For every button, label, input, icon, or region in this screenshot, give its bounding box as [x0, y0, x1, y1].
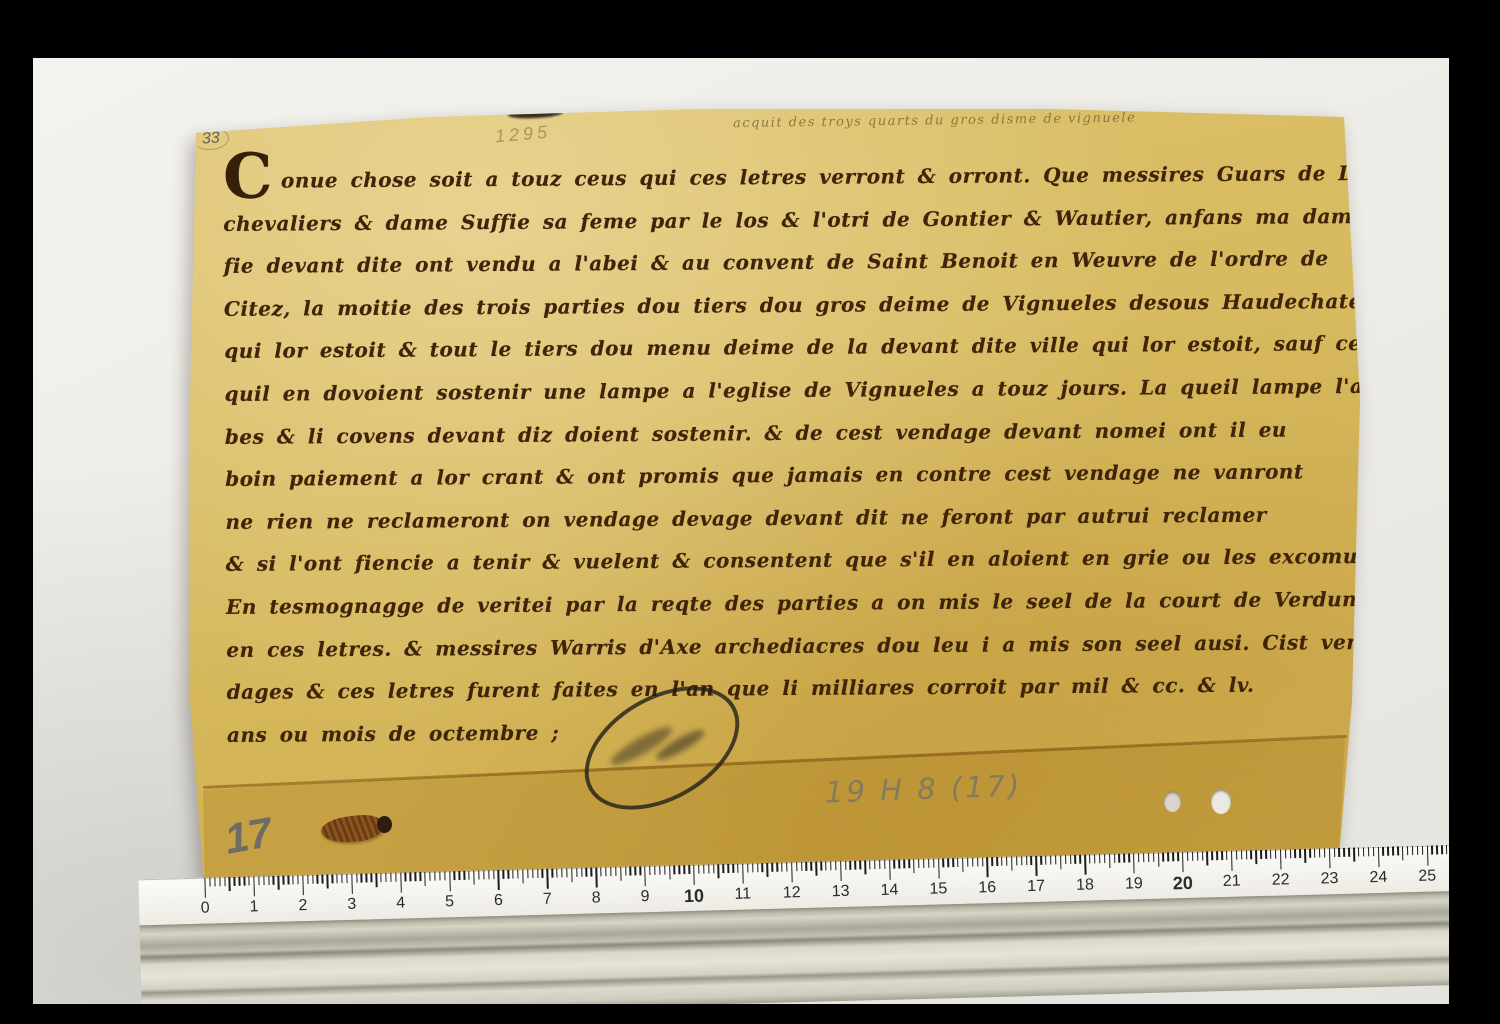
ruler-tick [1065, 855, 1067, 864]
ruler-tick [1363, 847, 1365, 856]
ruler-tick [850, 861, 852, 870]
ruler-tick [801, 862, 803, 871]
ruler-tick [439, 872, 441, 881]
ruler-tick [991, 857, 993, 866]
ruler-tick [952, 858, 954, 867]
ruler-tick [468, 871, 470, 880]
frame-left [0, 0, 33, 1024]
ruler-tick [942, 858, 944, 867]
ruler-tick [820, 862, 822, 871]
ruler-tick [478, 870, 480, 879]
ruler-tick [312, 875, 314, 884]
ruler-tick [688, 865, 690, 874]
ruler-tick [742, 864, 744, 884]
ruler-tick [1006, 857, 1008, 866]
ruler-tick [371, 873, 373, 882]
ruler-tick [1290, 849, 1292, 858]
ruler-number: 3 [335, 895, 369, 914]
ruler-tick [962, 858, 964, 872]
ruler-number: 5 [432, 893, 466, 912]
manuscript-line: quil en dovoient sostenir une lampe a l'… [224, 365, 1346, 415]
ruler-tick [1074, 855, 1076, 864]
frame-right [1449, 0, 1500, 1024]
ruler-tick [1118, 854, 1120, 863]
ruler-tick [1441, 845, 1443, 854]
ruler-tick [1407, 846, 1409, 855]
ruler-tick [1138, 853, 1140, 862]
ruler-tick [317, 875, 319, 884]
ruler-tick [556, 868, 558, 877]
ruler-tick [639, 866, 641, 875]
ruler-tick [561, 868, 563, 877]
ruler-tick [551, 869, 553, 878]
frame-top [0, 0, 1500, 58]
ruler-tick [341, 874, 343, 883]
ruler-tick [762, 863, 764, 872]
ruler-tick [1319, 848, 1321, 857]
manuscript-text-block: Conue chose soit a touz ceus qui ces let… [223, 152, 1349, 756]
ruler-tick [1285, 849, 1287, 858]
ruler-number: 25 [1410, 867, 1444, 886]
ruler-tick [1040, 856, 1042, 865]
ruler-tick [884, 860, 886, 869]
ruler-tick [1275, 850, 1277, 859]
ruler-tick [908, 859, 910, 868]
ruler-tick [424, 872, 426, 886]
ruler-tick [1143, 853, 1145, 862]
ruler-tick [1202, 852, 1204, 861]
ruler-tick [243, 877, 245, 886]
ruler-tick [542, 869, 544, 878]
ruler-tick [630, 867, 632, 876]
ruler-tick [512, 870, 514, 879]
ruler-tick [1211, 851, 1213, 860]
ruler-tick [224, 877, 226, 886]
frame-bottom [0, 1004, 1500, 1024]
ruler-tick [449, 871, 451, 891]
ruler-tick [1343, 848, 1345, 857]
ruler-tick [1109, 854, 1111, 868]
ruler-tick [605, 867, 607, 876]
ruler-tick [287, 875, 289, 884]
ruler-tick [957, 858, 959, 867]
ruler-tick [1255, 850, 1257, 864]
ruler-tick [610, 867, 612, 876]
ruler-tick [1299, 849, 1301, 858]
ruler-tick [1011, 857, 1013, 871]
ruler-tick [1334, 848, 1336, 857]
ruler-tick [1192, 852, 1194, 861]
ruler-tick [1162, 853, 1164, 862]
ruler-number: 14 [872, 881, 906, 900]
ruler-tick [1055, 855, 1057, 864]
ruler-tick [791, 862, 793, 882]
ruler-tick [732, 864, 734, 873]
ruler-tick [503, 870, 505, 879]
ruler-tick [454, 871, 456, 880]
ruler-tick [209, 878, 211, 887]
ruler-tick [488, 870, 490, 879]
ruler-tick [703, 865, 705, 874]
ruler-tick [928, 859, 930, 868]
ruler-tick [434, 872, 436, 881]
ruler-tick [268, 876, 270, 885]
ruler-tick [547, 869, 549, 889]
ruler-tick [859, 861, 861, 870]
ruler-tick [1246, 850, 1248, 859]
ruler-tick [1280, 850, 1282, 870]
ruler-number: 12 [775, 884, 809, 903]
ruler-tick [869, 860, 871, 869]
ruler-tick [1368, 847, 1370, 856]
ruler-tick [239, 877, 241, 886]
ruler-tick [1084, 855, 1086, 875]
ruler-tick [1304, 849, 1306, 863]
ruler-tick [346, 874, 348, 883]
ruler-tick [1206, 851, 1208, 865]
ruler-tick [1114, 854, 1116, 863]
ruler-tick [1104, 854, 1106, 863]
ruler-number: 2 [286, 897, 320, 916]
ruler-tick [679, 865, 681, 874]
ruler-number: 16 [970, 879, 1004, 898]
ruler-tick [933, 859, 935, 868]
ruler-tick [996, 857, 998, 866]
ruler-tick [1016, 856, 1018, 865]
ruler-tick [204, 878, 206, 898]
ruler-tick [591, 868, 593, 877]
ruler-tick [1329, 848, 1331, 868]
ruler-tick [864, 860, 866, 874]
ruler-tick [723, 864, 725, 873]
ruler-number: 15 [921, 880, 955, 899]
ruler-tick [390, 873, 392, 882]
ruler-number: 0 [188, 899, 222, 918]
ruler-number: 11 [726, 885, 760, 904]
ruler-tick [1133, 853, 1135, 873]
ruler-tick [1216, 851, 1218, 860]
ruler-tick [459, 871, 461, 880]
ruler-tick [938, 858, 940, 878]
ruler-tick [385, 873, 387, 882]
ruler-tick [586, 868, 588, 877]
ruler-tick [982, 857, 984, 866]
ruler-tick [463, 871, 465, 880]
ruler-tick [1270, 850, 1272, 859]
ruler-tick [571, 868, 573, 882]
ruler-tick [1148, 853, 1150, 862]
ruler-tick [576, 868, 578, 877]
ruler-tick [659, 866, 661, 875]
ruler-tick [903, 859, 905, 868]
ruler-tick [248, 877, 250, 886]
ruler-tick [776, 863, 778, 872]
ruler-tick [879, 860, 881, 869]
ruler-tick [1128, 853, 1130, 862]
ruler-tick [1358, 847, 1360, 856]
ruler-tick [1001, 857, 1003, 866]
ruler-tick [1123, 854, 1125, 863]
ruler-tick [1348, 848, 1350, 857]
ruler-tick [967, 858, 969, 867]
ruler-tick [1153, 853, 1155, 862]
ruler-tick [1373, 847, 1375, 856]
ruler-tick [566, 868, 568, 877]
ruler-tick [620, 867, 622, 881]
ruler-tick [913, 859, 915, 873]
ruler-number: 8 [579, 889, 613, 908]
ruler-tick [1094, 854, 1096, 863]
ruler-tick [1167, 852, 1169, 861]
ruler-tick [1187, 852, 1189, 861]
ruler-tick [840, 861, 842, 881]
ruler-tick [327, 874, 329, 888]
manuscript-line: Conue chose soit a touz ceus qui ces let… [223, 152, 1345, 202]
ruler-tick [273, 876, 275, 885]
ruler-tick [727, 864, 729, 873]
ruler-number: 9 [628, 888, 662, 907]
ruler-tick [498, 870, 500, 890]
ruler-tick [292, 875, 294, 884]
ruler-tick [322, 875, 324, 884]
ruler-number: 10 [677, 885, 712, 907]
manuscript-line: ans ou mois de octembre ; [227, 706, 1349, 756]
seal-hole [1211, 789, 1231, 814]
ruler-tick [1172, 852, 1174, 861]
ruler-tick [297, 875, 299, 884]
ruler-tick [1422, 846, 1424, 855]
parchment-wrap: 33 1295 acquit des troys quarts du gros … [185, 100, 1370, 900]
ruler-tick [1158, 853, 1160, 867]
ruler-tick [654, 866, 656, 875]
ruler-tick [258, 876, 260, 885]
ruler-tick [1035, 856, 1037, 876]
ruler-tick [825, 861, 827, 870]
ruler-tick [527, 869, 529, 878]
ruler-tick [1045, 856, 1047, 865]
ruler-tick [1260, 850, 1262, 859]
ruler-tick [1402, 846, 1404, 860]
ruler-tick [214, 877, 216, 886]
ruler-tick [493, 870, 495, 879]
ruler-tick [1079, 855, 1081, 864]
ruler-number: 4 [383, 894, 417, 913]
ruler-tick [395, 873, 397, 882]
ruler-tick [767, 863, 769, 877]
ruler-tick [1021, 856, 1023, 865]
ruler-tick [1030, 856, 1032, 865]
ruler-tick [1250, 850, 1252, 859]
photograph-of-charter: 33 1295 acquit des troys quarts du gros … [0, 0, 1500, 1024]
ruler-tick [1026, 856, 1028, 865]
ruler-tick [625, 867, 627, 876]
ruler-tick [1382, 847, 1384, 856]
ruler-number: 19 [1117, 875, 1151, 894]
ruler-tick [1241, 851, 1243, 860]
ruler-tick [1231, 851, 1233, 871]
ruler-tick [664, 866, 666, 875]
ruler-tick [972, 858, 974, 867]
seal-hole [1164, 791, 1181, 812]
ruler-number: 21 [1214, 872, 1248, 891]
ruler-tick [522, 869, 524, 883]
ruler-tick [713, 864, 715, 873]
ruler-tick [415, 872, 417, 881]
ruler-number: 20 [1166, 873, 1201, 895]
ruler-tick [278, 876, 280, 890]
ruler-number: 7 [530, 890, 564, 909]
ruler-tick [1353, 848, 1355, 862]
ruler-tick [253, 876, 255, 896]
ruler-tick [429, 872, 431, 881]
ruler-tick [786, 862, 788, 871]
ruler-tick [532, 869, 534, 878]
ruler-tick [581, 868, 583, 877]
ruler-tick [830, 861, 832, 870]
ruler-tick [1387, 847, 1389, 856]
ruler-tick [380, 873, 382, 882]
shelfmark-pencil: 19 H 8 (17) [824, 769, 1022, 810]
ruler-tick [977, 857, 979, 866]
ruler-tick [1221, 851, 1223, 860]
ruler-tick [693, 865, 695, 885]
ruler-tick [649, 866, 651, 875]
ruler-tick [796, 862, 798, 871]
ruler-number: 13 [823, 883, 857, 902]
parchment-charter: 33 1295 acquit des troys quarts du gros … [185, 100, 1370, 900]
manuscript-line: dages & ces letres furent faites en l'an… [227, 663, 1349, 713]
ruler-tick [595, 867, 597, 887]
ruler-tick [683, 865, 685, 874]
ruler-tick [410, 872, 412, 881]
ruler-number: 6 [481, 892, 515, 911]
ruler-tick [1070, 855, 1072, 864]
ruler-tick [698, 865, 700, 874]
ruler-tick [1226, 851, 1228, 860]
ruler-number: 23 [1312, 870, 1346, 889]
ruler-tick [234, 877, 236, 886]
ruler-tick [375, 873, 377, 887]
ruler-tick [1182, 852, 1184, 872]
ruler-tick [1426, 846, 1428, 866]
ruler-tick [1089, 854, 1091, 863]
ruler-tick [351, 874, 353, 894]
manuscript-line: boin paiement a lor crant & ont promis q… [225, 450, 1347, 500]
ruler-tick [1236, 851, 1238, 860]
ruler-tick [1294, 849, 1296, 858]
ruler-tick [737, 864, 739, 873]
ruler-tick [1309, 849, 1311, 858]
ruler-tick [1197, 852, 1199, 861]
ruler-tick [419, 872, 421, 881]
item-number-pencil: 17 [221, 808, 275, 863]
ruler-tick [781, 863, 783, 872]
dorsal-archival-note: acquit des troys quarts du gros disme de… [733, 108, 1333, 131]
ruler-tick [615, 867, 617, 876]
ruler-tick [1265, 850, 1267, 859]
ruler-tick [845, 861, 847, 870]
ruler-tick [811, 862, 813, 871]
ruler-tick [986, 857, 988, 877]
ruler-tick [331, 874, 333, 883]
ruler-tick [400, 873, 402, 893]
manuscript-line: En tesmognagge de veritei par la reqte d… [226, 578, 1348, 628]
ruler-number: 24 [1361, 869, 1395, 888]
ruler-tick [537, 869, 539, 878]
ruler-number: 18 [1068, 876, 1102, 895]
ruler-tick [1446, 845, 1448, 854]
ruler-tick [229, 877, 231, 891]
ruler-tick [302, 875, 304, 895]
ruler-tick [507, 870, 509, 879]
ruler-tick [1392, 847, 1394, 856]
ruler-tick [283, 876, 285, 885]
ruler-number: 22 [1263, 871, 1297, 890]
ruler-tick [1412, 846, 1414, 855]
ruler-tick [1324, 848, 1326, 857]
ruler-tick [356, 874, 358, 883]
ruler-tick [1431, 846, 1433, 855]
ruler-tick [600, 867, 602, 876]
ruler-tick [517, 869, 519, 878]
ruler-tick [815, 862, 817, 876]
ruler-tick [874, 860, 876, 869]
ruler-tick [747, 863, 749, 872]
ruler-tick [757, 863, 759, 872]
date-annotation-pencil: 1295 [494, 122, 552, 148]
ruler-tick [219, 877, 221, 886]
ruler-tick [771, 863, 773, 872]
ruler-tick [918, 859, 920, 868]
ruler-tick [923, 859, 925, 868]
ruler-tick [1417, 846, 1419, 855]
ruler-tick [835, 861, 837, 870]
ruler-number: 17 [1019, 877, 1053, 896]
ruler-tick [444, 871, 446, 880]
ruler-tick [1099, 854, 1101, 863]
ruler-tick [473, 871, 475, 885]
ruler-tick [669, 866, 671, 880]
cord-hole [377, 816, 392, 833]
ruler-tick [1378, 847, 1380, 867]
ruler-tick [806, 862, 808, 871]
ruler-tick [366, 873, 368, 882]
ruler-tick [307, 875, 309, 884]
ruler-tick [1436, 845, 1438, 854]
ruler-tick [644, 866, 646, 886]
ruler-tick [894, 860, 896, 869]
ruler-tick [899, 859, 901, 868]
ruler-tick [1060, 855, 1062, 869]
ruler-tick [483, 870, 485, 879]
ruler-number: 1 [237, 898, 271, 917]
ruler-tick [947, 858, 949, 867]
ruler-tick [635, 866, 637, 875]
ruler-tick [1338, 848, 1340, 857]
ruler-tick [263, 876, 265, 885]
ruler-tick [1050, 856, 1052, 865]
ruler-tick [674, 865, 676, 874]
ruler-tick [336, 874, 338, 883]
ruler-tick [708, 864, 710, 873]
ruler-tick [752, 863, 754, 872]
ink-smudge [508, 107, 563, 120]
ruler-tick [1314, 849, 1316, 858]
ruler-tick [1397, 846, 1399, 855]
ruler-tick [1177, 852, 1179, 861]
ruler-tick [855, 861, 857, 870]
ruler-tick [361, 874, 363, 883]
